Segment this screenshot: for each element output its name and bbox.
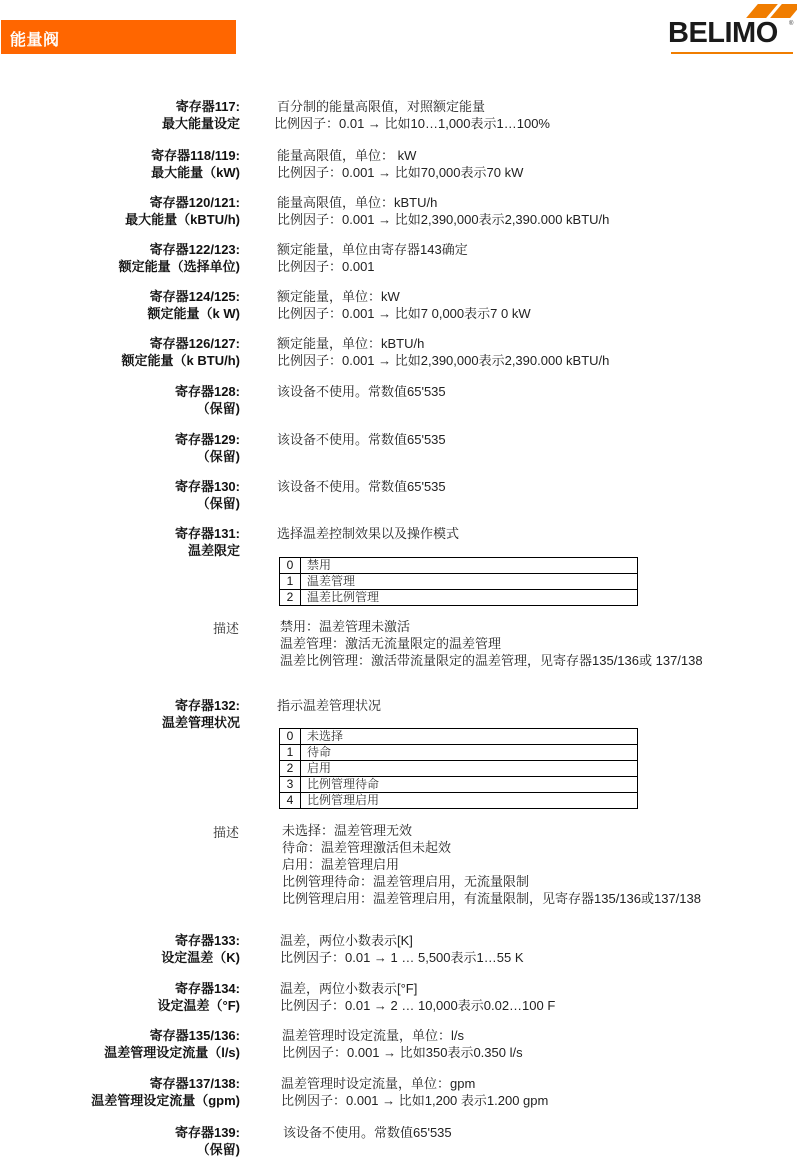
- register-label: 寄存器118/119:最大能量（kW): [151, 147, 240, 181]
- register-label: 寄存器133:设定温差（K): [161, 932, 240, 966]
- register-label: 寄存器129:（保留): [175, 431, 240, 465]
- register-label: 寄存器124/125:额定能量（k W): [148, 288, 240, 322]
- register-label: 寄存器132:温差管理状况: [162, 697, 240, 731]
- register-label: 寄存器130:（保留): [175, 478, 240, 512]
- register-label: 寄存器135/136:温差管理设定流量（l/s): [104, 1027, 240, 1061]
- section-title: 能量阀: [10, 27, 60, 50]
- value-table: 0未选择 1待命 2启用 3比例管理待命 4比例管理启用: [279, 728, 638, 809]
- value-table: 0禁用 1温差管理 2温差比例管理: [279, 557, 638, 606]
- belimo-logo: BELIMO ®: [668, 4, 794, 54]
- table-row: 0未选择: [280, 729, 638, 745]
- table-row: 1待命: [280, 745, 638, 761]
- register-description: 能量高限值，单位： kW比例因子：0.001 → 比如70,000表示70 kW: [277, 147, 523, 181]
- register-label: 寄存器131:温差限定: [175, 525, 240, 559]
- register-description: 选择温差控制效果以及操作模式: [277, 525, 459, 542]
- logo-underline: [671, 52, 793, 54]
- brand-name: BELIMO: [668, 17, 778, 50]
- register-label: 寄存器137/138:温差管理设定流量（gpm): [91, 1075, 240, 1109]
- register-description: 该设备不使用。常数值65'535: [277, 478, 446, 495]
- register-label: 寄存器117:最大能量设定: [162, 98, 240, 132]
- register-description: 该设备不使用。常数值65'535: [283, 1124, 452, 1141]
- register-description: 温差管理时设定流量，单位：gpm比例因子：0.001 → 比如1,200 表示1…: [281, 1075, 548, 1109]
- register-description: 额定能量，单位：kBTU/h比例因子：0.001 → 比如2,390,000表示…: [277, 335, 609, 369]
- section-header: 能量阀: [1, 20, 236, 54]
- description-label: 描述: [213, 822, 239, 841]
- table-row: 3比例管理待命: [280, 777, 638, 793]
- register-description: 百分制的能量高限值，对照额定能量比例因子：0.01 → 比如10…1,000表示…: [277, 98, 550, 132]
- register-description: 该设备不使用。常数值65'535: [277, 383, 446, 400]
- register-description: 额定能量，单位：kW比例因子：0.001 → 比如7 0,000表示7 0 kW: [277, 288, 531, 322]
- register-description: 温差管理时设定流量，单位：l/s比例因子：0.001 → 比如350表示0.35…: [282, 1027, 523, 1061]
- register-description: 温差，两位小数表示[K]比例因子：0.01 → 1 … 5,500表示1…55 …: [280, 932, 523, 966]
- register-label: 寄存器120/121:最大能量（kBTU/h): [125, 194, 240, 228]
- table-row: 2温差比例管理: [280, 590, 638, 606]
- description-label: 描述: [213, 618, 239, 637]
- register-description: 温差，两位小数表示[°F]比例因子：0.01 → 2 … 10,000表示0.0…: [280, 980, 555, 1014]
- register-description: 该设备不使用。常数值65'535: [277, 431, 446, 448]
- registered-mark-icon: ®: [789, 21, 793, 27]
- register-label: 寄存器134:设定温差（°F): [158, 980, 240, 1014]
- register-description: 能量高限值，单位：kBTU/h比例因子：0.001 → 比如2,390,000表…: [277, 194, 609, 228]
- register-label: 寄存器122/123:额定能量（选择单位): [119, 241, 240, 275]
- table-row: 1温差管理: [280, 574, 638, 590]
- register-label: 寄存器126/127:额定能量（k BTU/h): [122, 335, 240, 369]
- table-row: 0禁用: [280, 558, 638, 574]
- register-description: 额定能量，单位由寄存器143确定比例因子：0.001: [277, 241, 468, 275]
- table-row: 2启用: [280, 761, 638, 777]
- table-row: 4比例管理启用: [280, 793, 638, 809]
- register-label: 寄存器128:（保留): [175, 383, 240, 417]
- register-description: 指示温差管理状况: [277, 697, 381, 714]
- register-label: 寄存器139:（保留): [175, 1124, 240, 1158]
